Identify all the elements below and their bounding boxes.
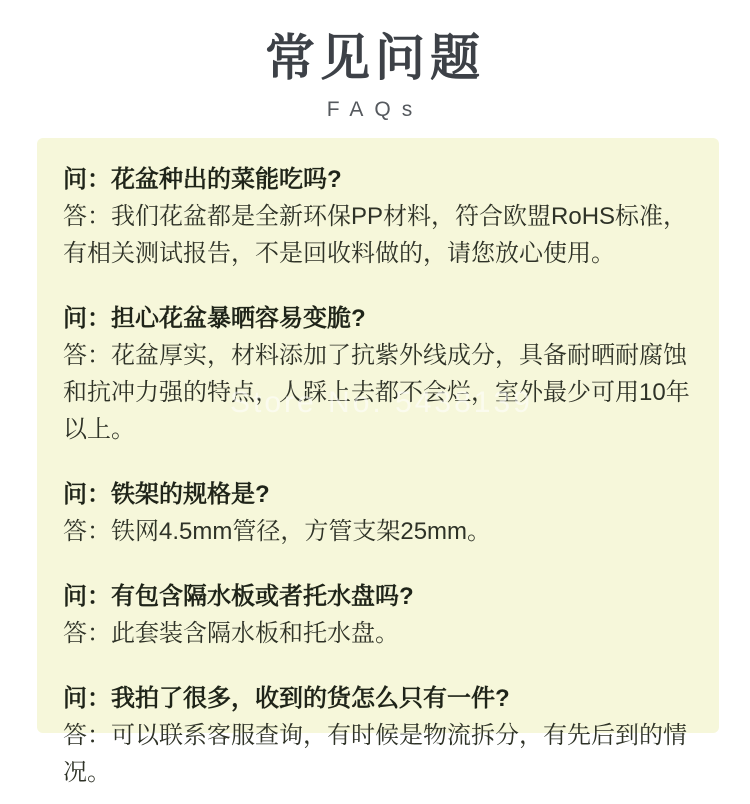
- faq-item: 问：有包含隔水板或者托水盘吗? 答：此套装含隔水板和托水盘。: [63, 578, 691, 652]
- faq-item: 问：担心花盆暴晒容易变脆? 答：花盆厚实，材料添加了抗紫外线成分，具备耐晒耐腐蚀…: [63, 300, 691, 448]
- page-title: 常见问题: [0, 0, 750, 90]
- faq-question: 问：担心花盆暴晒容易变脆?: [63, 300, 691, 337]
- faq-page: 常见问题 FAQs 问：花盆种出的菜能吃吗? 答：我们花盆都是全新环保PP材料，…: [0, 0, 750, 804]
- faq-answer: 答：此套装含隔水板和托水盘。: [63, 615, 691, 652]
- faq-question: 问：铁架的规格是?: [63, 476, 691, 513]
- faq-question: 问：花盆种出的菜能吃吗?: [63, 161, 691, 198]
- faq-panel: 问：花盆种出的菜能吃吗? 答：我们花盆都是全新环保PP材料，符合欧盟RoHS标准…: [37, 138, 719, 733]
- faq-answer: 答：我们花盆都是全新环保PP材料，符合欧盟RoHS标准，有相关测试报告，不是回收…: [63, 198, 691, 272]
- faq-item: 问：花盆种出的菜能吃吗? 答：我们花盆都是全新环保PP材料，符合欧盟RoHS标准…: [63, 161, 691, 272]
- faq-question: 问：我拍了很多，收到的货怎么只有一件?: [63, 680, 691, 717]
- faq-question: 问：有包含隔水板或者托水盘吗?: [63, 578, 691, 615]
- faq-answer: 答：可以联系客服查询，有时候是物流拆分，有先后到的情况。: [63, 717, 691, 791]
- faq-item: 问：我拍了很多，收到的货怎么只有一件? 答：可以联系客服查询，有时候是物流拆分，…: [63, 680, 691, 791]
- page-header: 常见问题 FAQs: [0, 0, 750, 122]
- faq-answer: 答：花盆厚实，材料添加了抗紫外线成分，具备耐晒耐腐蚀和抗冲力强的特点，人踩上去都…: [63, 337, 691, 448]
- faq-answer: 答：铁网4.5mm管径，方管支架25mm。: [63, 513, 691, 550]
- faq-item: 问：铁架的规格是? 答：铁网4.5mm管径，方管支架25mm。: [63, 476, 691, 550]
- page-subtitle: FAQs: [0, 98, 750, 122]
